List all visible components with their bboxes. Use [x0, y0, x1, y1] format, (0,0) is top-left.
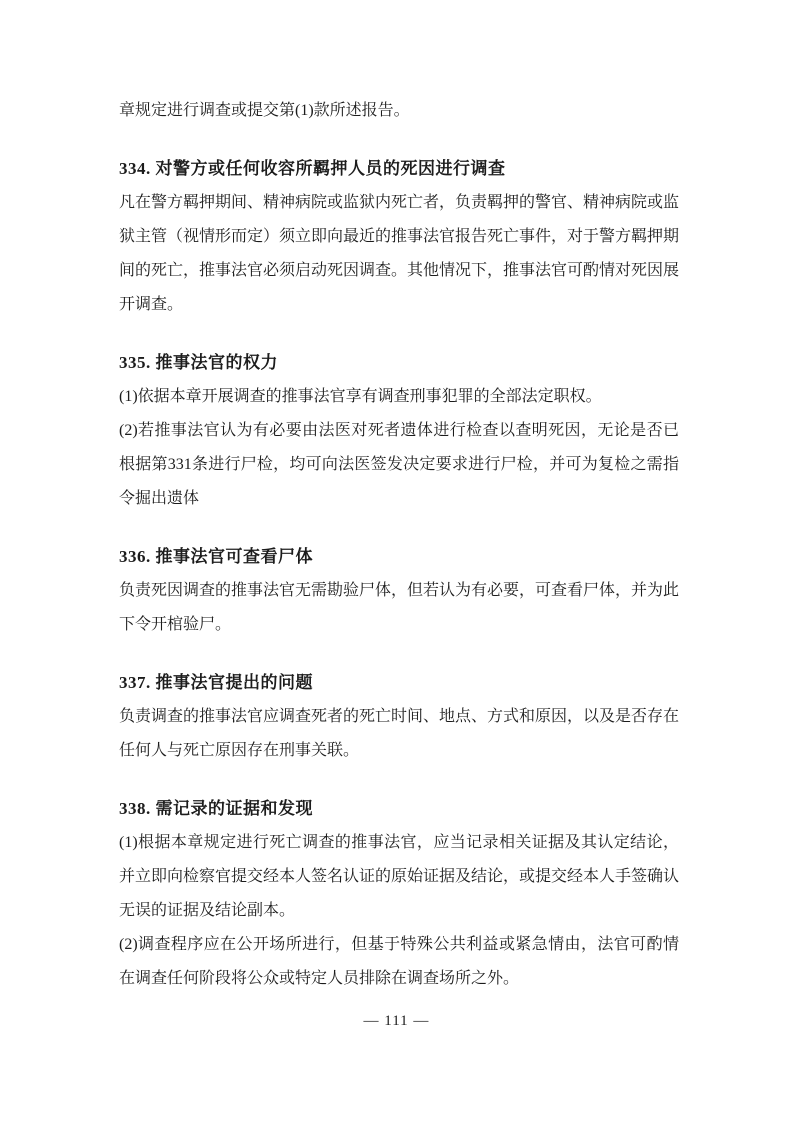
section-337-paragraph: 负责调查的推事法官应调查死者的死亡时间、地点、方式和原因，以及是否存在任何人与死… [119, 700, 679, 768]
section-338-heading: 338. 需记录的证据和发现 [119, 792, 679, 826]
document-page: 章规定进行调查或提交第(1)款所述报告。 334. 对警方或任何收容所羁押人员的… [0, 0, 793, 1122]
section-338-clause-2: (2)调查程序应在公开场所进行，但基于特殊公共利益或紧急情由，法官可酌情在调查任… [119, 928, 679, 996]
section-335-heading: 335. 推事法官的权力 [119, 346, 679, 380]
page-content: 章规定进行调查或提交第(1)款所述报告。 334. 对警方或任何收容所羁押人员的… [119, 94, 679, 996]
section-336-heading: 336. 推事法官可查看尸体 [119, 540, 679, 574]
section-335-clause-1: (1)依据本章开展调查的推事法官享有调查刑事犯罪的全部法定职权。 [119, 380, 679, 414]
section-334-heading: 334. 对警方或任何收容所羁押人员的死因进行调查 [119, 152, 679, 186]
section-337-heading: 337. 推事法官提出的问题 [119, 666, 679, 700]
section-335-clause-2: (2)若推事法官认为有必要由法医对死者遗体进行检查以查明死因，无论是否已根据第3… [119, 414, 679, 516]
section-334-paragraph: 凡在警方羁押期间、精神病院或监狱内死亡者，负责羁押的警官、精神病院或监狱主管（视… [119, 186, 679, 322]
continuation-paragraph: 章规定进行调查或提交第(1)款所述报告。 [119, 94, 679, 128]
section-338-clause-1: (1)根据本章规定进行死亡调查的推事法官，应当记录相关证据及其认定结论，并立即向… [119, 826, 679, 928]
section-336-paragraph: 负责死因调查的推事法官无需勘验尸体，但若认为有必要，可查看尸体，并为此下令开棺验… [119, 574, 679, 642]
page-number: — 111 — [0, 1013, 793, 1030]
